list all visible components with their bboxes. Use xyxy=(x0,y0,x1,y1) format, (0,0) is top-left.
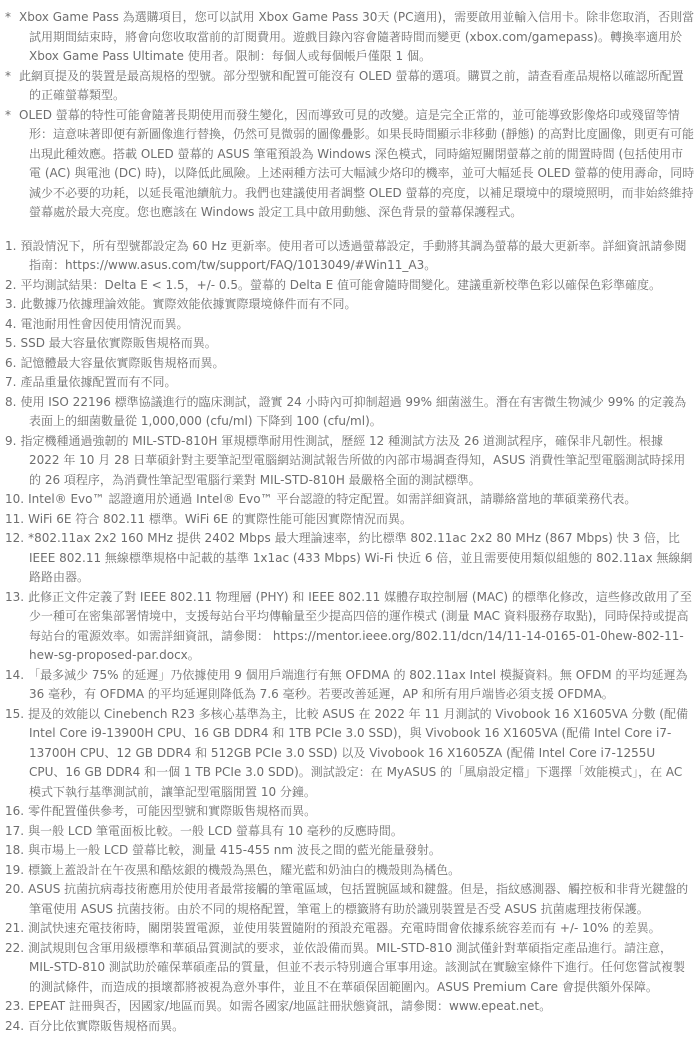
footnote-item: 19.標籤上蓋設計在午夜黑和酷炫銀的機殼為黑色，耀光藍和奶油白的機殼則為橘色。 xyxy=(5,861,695,881)
footnote-item: 8.使用 ISO 22196 標準協議進行的臨床測試，證實 24 小時內可抑制超… xyxy=(5,393,695,432)
footnote-text: 此網頁提及的裝置是最高規格的型號。部分型號和配置可能沒有 OLED 螢幕的選項。… xyxy=(19,69,684,103)
footnote-item: 11.WiFi 6E 符合 802.11 標準。WiFi 6E 的實際性能可能因… xyxy=(5,510,695,530)
footnote-marker: 9. xyxy=(5,434,16,448)
footnote-item: 6.記憶體最大容量依實際販售規格而異。 xyxy=(5,354,695,374)
footnote-marker: 23. xyxy=(5,999,24,1013)
footnote-text: 與市場上一般 LCD 螢幕比較，測量 415-455 nm 波長之間的藍光能量發… xyxy=(28,843,441,857)
footnote-item: 17.與一般 LCD 筆電面板比較。一般 LCD 螢幕具有 10 毫秒的反應時間… xyxy=(5,822,695,842)
footnote-text: 百分比依實際販售規格而異。 xyxy=(28,1019,184,1033)
footnote-text: Xbox Game Pass 為選購項目，您可以試用 Xbox Game Pas… xyxy=(19,10,694,63)
footnote-text: Intel® Evo™ 認證適用於通過 Intel® Evo™ 平台認證的特定配… xyxy=(28,492,636,506)
footnote-item: 12.*802.11ax 2x2 160 MHz 提供 2402 Mbps 最大… xyxy=(5,529,695,588)
footnote-item: 4.電池耐用性會因使用情況而異。 xyxy=(5,315,695,335)
footnote-item: 10.Intel® Evo™ 認證適用於通過 Intel® Evo™ 平台認證的… xyxy=(5,490,695,510)
footnote-item: 13.此修正文件定義了對 IEEE 802.11 物理層 (PHY) 和 IEE… xyxy=(5,588,695,666)
footnote-marker: 22. xyxy=(5,941,24,955)
footnote-text: 與一般 LCD 筆電面板比較。一般 LCD 螢幕具有 10 毫秒的反應時間。 xyxy=(28,824,403,838)
footnote-text: *802.11ax 2x2 160 MHz 提供 2402 Mbps 最大理論速… xyxy=(28,531,692,584)
footnote-item: 7.產品重量依據配置而有不同。 xyxy=(5,373,695,393)
footnote-marker: 1. xyxy=(5,239,16,253)
footnote-marker: 24. xyxy=(5,1019,24,1033)
footnote-text: 提及的效能以 Cinebench R23 多核心基準為主，比較 ASUS 在 2… xyxy=(28,707,688,799)
footnote-item: 24.百分比依實際販售規格而異。 xyxy=(5,1017,695,1037)
footnote-text: 指定機種通過強韌的 MIL-STD-810H 軍規標準耐用性測試，歷經 12 種… xyxy=(20,434,685,487)
footnote-item: 23.EPEAT 註冊與否，因國家/地區而異。如需各國家/地區註冊狀態資訊，請參… xyxy=(5,997,695,1017)
footnote-marker: * xyxy=(5,69,11,83)
footnote-item: 15.提及的效能以 Cinebench R23 多核心基準為主，比較 ASUS … xyxy=(5,705,695,803)
footnote-marker: 7. xyxy=(5,375,16,389)
footnote-text: OLED 螢幕的特性可能會隨著長期使用而發生變化，因而導致可見的改變。這是完全正… xyxy=(19,108,694,220)
footnote-text: ASUS 抗菌抗病毒技術應用於使用者最常接觸的筆電區域，包括置腕區域和鍵盤。但是… xyxy=(28,882,688,916)
footnote-marker: 8. xyxy=(5,395,16,409)
footnote-marker: 17. xyxy=(5,824,24,838)
footnote-marker: * xyxy=(5,10,11,24)
footnote-marker: 12. xyxy=(5,531,24,545)
footnote-marker: 13. xyxy=(5,590,24,604)
footnotes-document: *Xbox Game Pass 為選購項目，您可以試用 Xbox Game Pa… xyxy=(0,0,700,1046)
footnote-text: 預設情況下，所有型號都設定為 60 Hz 更新率。使用者可以透過螢幕設定，手動將… xyxy=(20,239,686,273)
footnote-marker: 11. xyxy=(5,512,24,526)
footnote-text: 零件配置僅供參考，可能因型號和實際販售規格而異。 xyxy=(28,804,316,818)
footnote-item: 2.平均測試結果：Delta E < 1.5，+/- 0.5。螢幕的 Delta… xyxy=(5,276,695,296)
footnote-marker: 2. xyxy=(5,278,16,292)
footnote-marker: 15. xyxy=(5,707,24,721)
footnote-marker: 16. xyxy=(5,804,24,818)
footnote-marker: 18. xyxy=(5,843,24,857)
footnote-text: 測試規則包含軍用級標準和華碩品質測試的要求，並依設備而異。MIL-STD-810… xyxy=(28,941,685,994)
footnote-marker: 20. xyxy=(5,882,24,896)
footnote-item: 14.「最多減少 75% 的延遲」乃依據使用 9 個用戶端進行有無 OFDMA … xyxy=(5,666,695,705)
footnote-text: 此修正文件定義了對 IEEE 802.11 物理層 (PHY) 和 IEEE 8… xyxy=(28,590,692,663)
footnote-text: SSD 最大容量依實際販售規格而異。 xyxy=(20,336,216,350)
footnote-item: 22.測試規則包含軍用級標準和華碩品質測試的要求，並依設備而異。MIL-STD-… xyxy=(5,939,695,998)
footnote-text: 此數據乃依據理論效能。實際效能依據實際環境條件而有不同。 xyxy=(20,297,356,311)
asterisk-notes-list: *Xbox Game Pass 為選購項目，您可以試用 Xbox Game Pa… xyxy=(5,8,695,223)
footnote-marker: * xyxy=(5,108,11,122)
footnote-marker: 3. xyxy=(5,297,16,311)
footnote-marker: 6. xyxy=(5,356,16,370)
footnote-marker: 4. xyxy=(5,317,16,331)
numbered-notes-list: 1.預設情況下，所有型號都設定為 60 Hz 更新率。使用者可以透過螢幕設定，手… xyxy=(5,237,695,1037)
footnote-item: *OLED 螢幕的特性可能會隨著長期使用而發生變化，因而導致可見的改變。這是完全… xyxy=(5,106,695,223)
footnote-item: *Xbox Game Pass 為選購項目，您可以試用 Xbox Game Pa… xyxy=(5,8,695,67)
footnote-text: 測試快速充電技術時，關閉裝置電源，並使用裝置隨附的預設充電器。充電時間會依據系統… xyxy=(28,921,661,935)
footnote-item: 3.此數據乃依據理論效能。實際效能依據實際環境條件而有不同。 xyxy=(5,295,695,315)
footnote-text: WiFi 6E 符合 802.11 標準。WiFi 6E 的實際性能可能因實際情… xyxy=(28,512,412,526)
footnote-text: 記憶體最大容量依實際販售規格而異。 xyxy=(20,356,224,370)
footnote-item: 5.SSD 最大容量依實際販售規格而異。 xyxy=(5,334,695,354)
footnote-text: EPEAT 註冊與否，因國家/地區而異。如需各國家/地區註冊狀態資訊，請參閱：w… xyxy=(28,999,551,1013)
footnote-item: 9.指定機種通過強韌的 MIL-STD-810H 軍規標準耐用性測試，歷經 12… xyxy=(5,432,695,491)
footnote-item: 1.預設情況下，所有型號都設定為 60 Hz 更新率。使用者可以透過螢幕設定，手… xyxy=(5,237,695,276)
footnote-text: 使用 ISO 22196 標準協議進行的臨床測試，證實 24 小時內可抑制超過 … xyxy=(20,395,686,429)
footnote-marker: 21. xyxy=(5,921,24,935)
footnote-item: 20.ASUS 抗菌抗病毒技術應用於使用者最常接觸的筆電區域，包括置腕區域和鍵盤… xyxy=(5,880,695,919)
footnote-text: 「最多減少 75% 的延遲」乃依據使用 9 個用戶端進行有無 OFDMA 的 8… xyxy=(28,668,687,702)
footnote-marker: 5. xyxy=(5,336,16,350)
footnote-item: *此網頁提及的裝置是最高規格的型號。部分型號和配置可能沒有 OLED 螢幕的選項… xyxy=(5,67,695,106)
footnote-item: 21.測試快速充電技術時，關閉裝置電源，並使用裝置隨附的預設充電器。充電時間會依… xyxy=(5,919,695,939)
footnote-item: 16.零件配置僅供參考，可能因型號和實際販售規格而異。 xyxy=(5,802,695,822)
footnote-text: 產品重量依據配置而有不同。 xyxy=(20,375,176,389)
footnote-item: 18.與市場上一般 LCD 螢幕比較，測量 415-455 nm 波長之間的藍光… xyxy=(5,841,695,861)
footnote-marker: 10. xyxy=(5,492,24,506)
footnote-text: 標籤上蓋設計在午夜黑和酷炫銀的機殼為黑色，耀光藍和奶油白的機殼則為橘色。 xyxy=(28,863,460,877)
footnote-text: 平均測試結果：Delta E < 1.5，+/- 0.5。螢幕的 Delta E… xyxy=(20,278,661,292)
footnote-text: 電池耐用性會因使用情況而異。 xyxy=(20,317,188,331)
footnote-marker: 14. xyxy=(5,668,24,682)
footnote-marker: 19. xyxy=(5,863,24,877)
